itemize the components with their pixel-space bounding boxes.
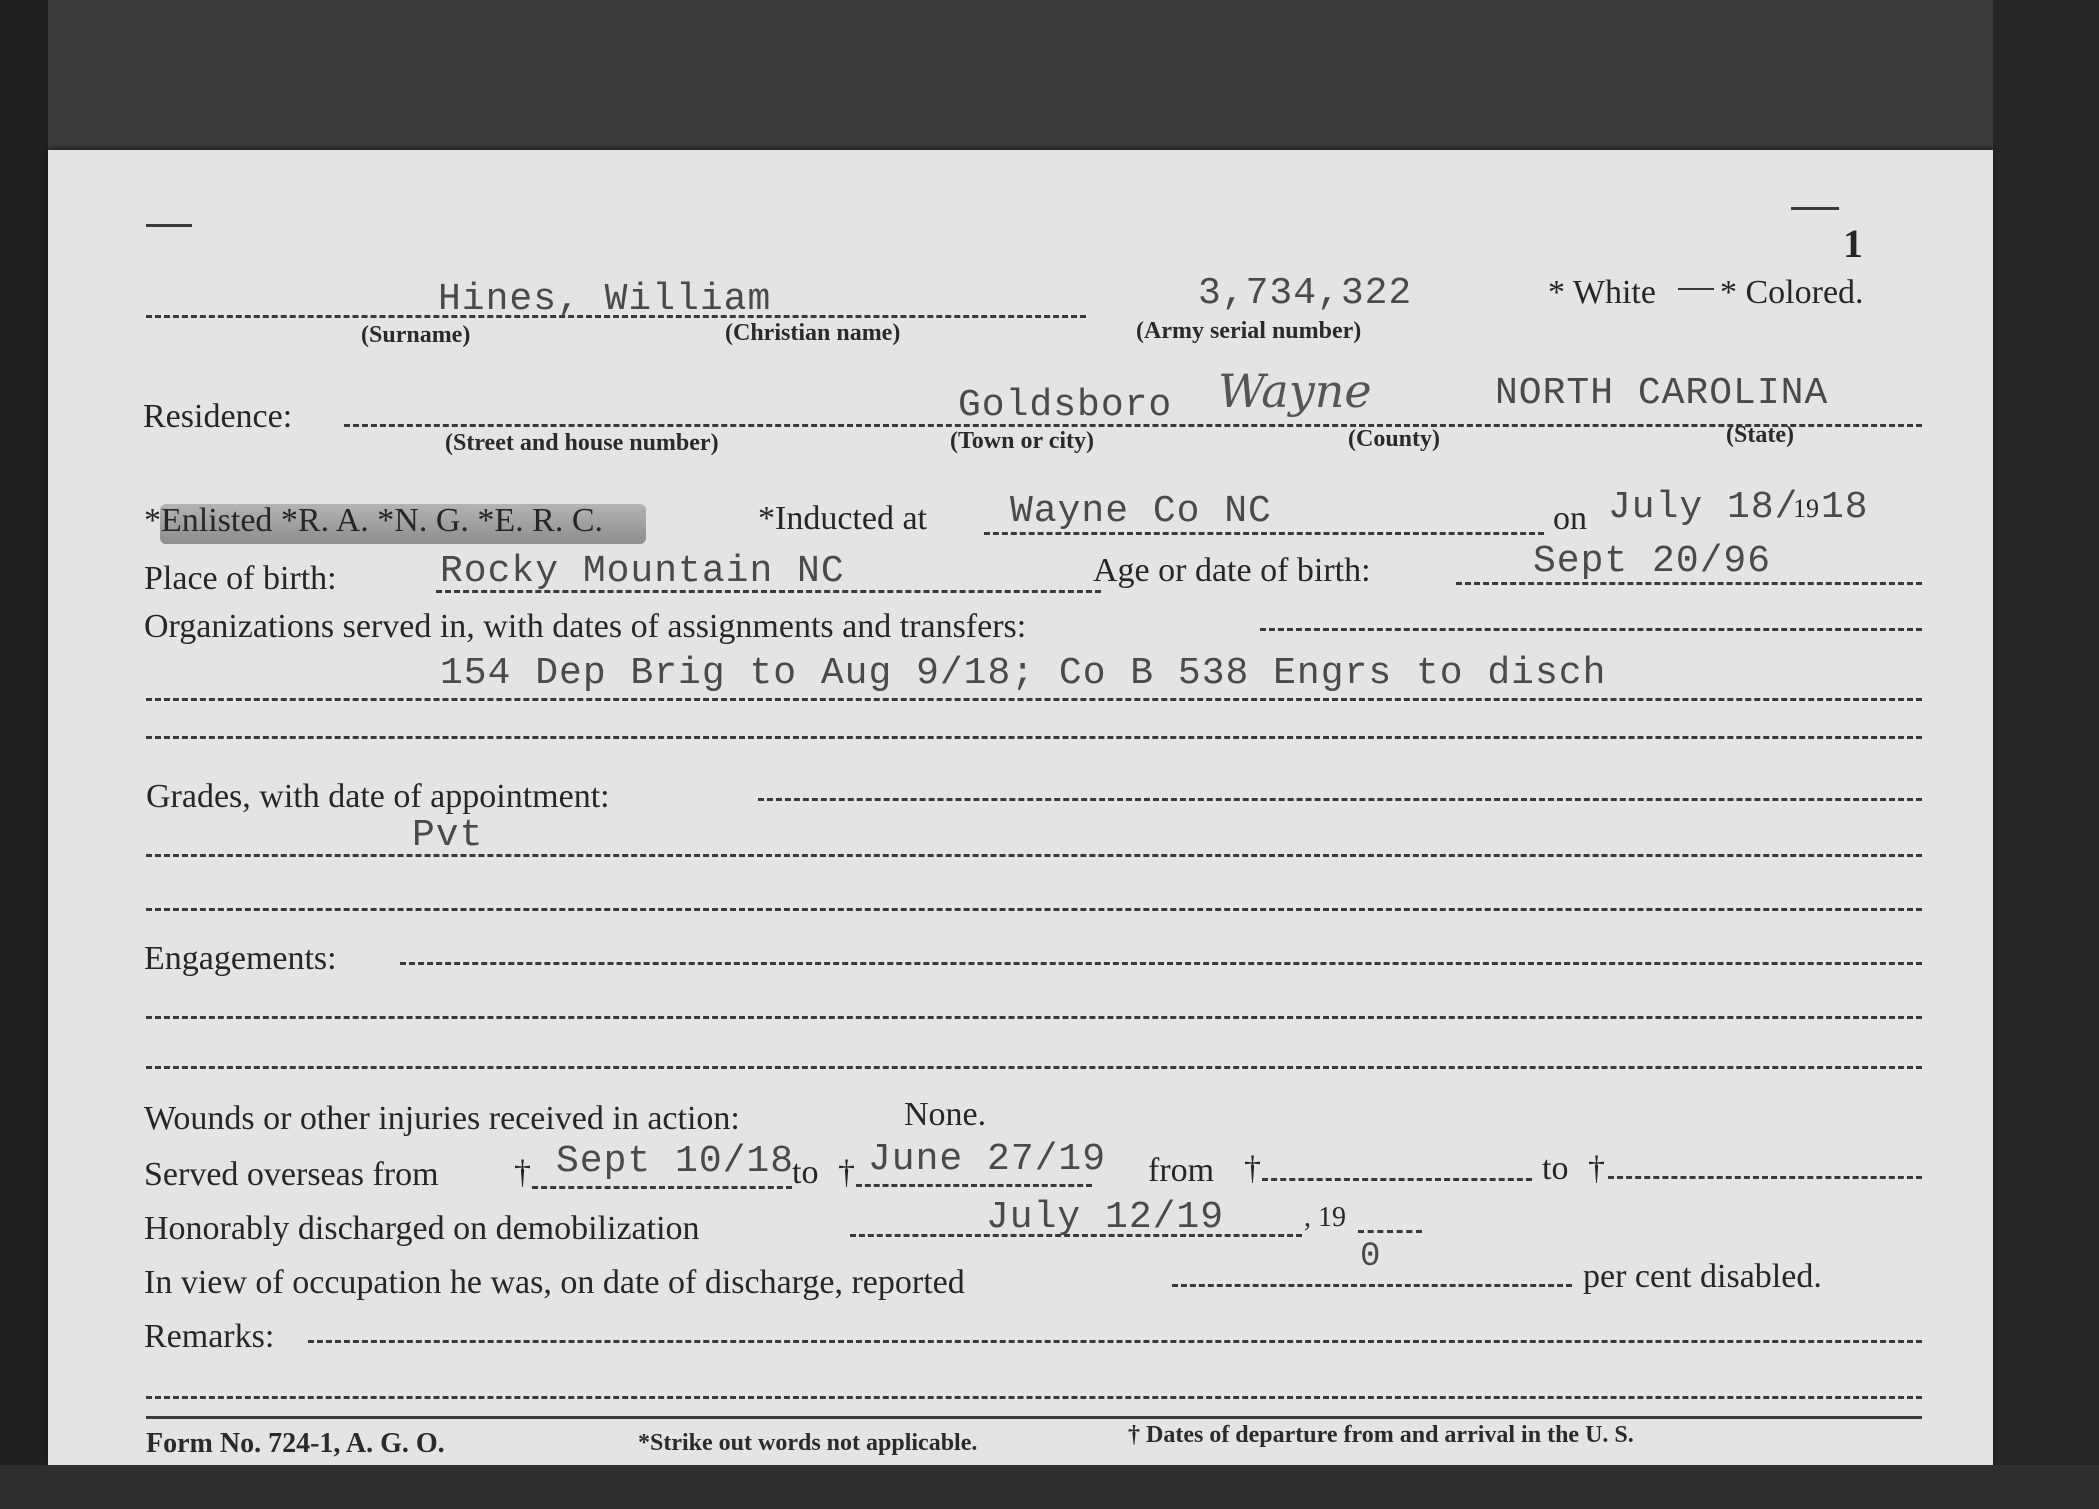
serial-number-caption: (Army serial number) [1136,318,1361,345]
organizations-label: Organizations served in, with dates of a… [144,608,1026,646]
form-number: Form No. 724-1, A. G. O. [146,1428,445,1460]
dates-note: † Dates of departure from and arrival in… [1128,1422,1634,1449]
age-label: Age or date of birth: [1093,552,1371,590]
overseas-from-1-value: Sept 10/18 [556,1140,794,1183]
remarks-line-1 [146,1396,1922,1399]
grades-line-0 [758,798,1922,801]
disability-value: 0 [1360,1238,1381,1276]
overseas-from-line-1 [532,1186,792,1189]
inducted-value: Wayne Co NC [1010,490,1272,533]
discharge-year-line [1358,1230,1422,1233]
surname-caption: (Surname) [361,322,470,349]
christian-name-caption: (Christian name) [725,320,900,347]
grades-label: Grades, with date of appointment: [146,778,610,816]
strike-note: *Strike out words not applicable. [638,1430,977,1457]
discharge-date-value: July 12/19 [986,1196,1224,1239]
discharge-year-prefix: , 19 [1304,1202,1346,1234]
overseas-from-line-2 [1262,1178,1532,1181]
remarks-label: Remarks: [144,1318,274,1356]
enlistment-options: *Enlisted *R. A. *N. G. *E. R. C. [144,502,603,540]
inducted-year-value: 18 [1821,486,1869,529]
organizations-line-1 [146,698,1922,701]
state-caption: (State) [1726,422,1794,449]
county-value: Wayne [1218,364,1372,418]
overseas-to-1-value: June 27/19 [868,1138,1106,1181]
remarks-line-0 [308,1340,1922,1343]
county-caption: (County) [1348,426,1440,453]
town-caption: (Town or city) [950,428,1094,455]
disability-label: In view of occupation he was, on date of… [144,1264,965,1302]
race-colored-option: * Colored. [1720,274,1864,312]
overseas-to-label: to [792,1154,818,1192]
overseas-to-2-label: to [1542,1150,1568,1188]
place-of-birth-label: Place of birth: [144,560,337,598]
street-caption: (Street and house number) [445,430,719,457]
top-left-rule [146,224,192,227]
organizations-line-2 [146,736,1922,739]
wounds-value: None. [904,1096,986,1134]
service-record-card: 1 Hines, William (Surname) (Christian na… [48,150,1993,1465]
overseas-to-line-2 [1608,1176,1922,1179]
organizations-value: 154 Dep Brig to Aug 9/18; Co B 538 Engrs… [440,652,1606,695]
inducted-date-value: July 18/ [1608,486,1798,529]
disability-suffix: per cent disabled. [1583,1258,1822,1296]
residence-label: Residence: [143,398,292,436]
top-right-rule [1791,207,1839,210]
state-value: NORTH CAROLINA [1495,372,1828,415]
scan-background-right [1993,0,2099,1509]
engagements-line-1 [146,1016,1922,1019]
inducted-year-prefix: 19 [1793,494,1819,524]
organizations-line-0 [1260,628,1922,631]
inducted-on-label: on [1553,500,1587,538]
grades-line-2 [146,908,1922,911]
race-strikethrough [1678,288,1714,290]
dagger-marker: † [514,1154,531,1192]
card-number: 1 [1843,220,1863,267]
dagger-marker: † [1244,1150,1261,1188]
age-value: Sept 20/96 [1533,540,1771,583]
scan-background-bottom [0,1465,2099,1509]
place-of-birth-value: Rocky Mountain NC [440,550,845,593]
engagements-line-0 [400,962,1922,965]
served-overseas-label: Served overseas from [144,1156,439,1194]
inducted-label: *Inducted at [758,500,927,538]
overseas-to-line-1 [856,1184,1092,1187]
wounds-label: Wounds or other injuries received in act… [144,1100,740,1138]
engagements-line-2 [146,1066,1922,1069]
footer-rule [146,1416,1922,1419]
overseas-from-label: from [1148,1152,1214,1190]
engagements-label: Engagements: [144,940,337,978]
dagger-marker: † [1588,1150,1605,1188]
name-value: Hines, William [438,278,771,321]
grades-value: Pvt [412,814,483,857]
scan-background-left [0,0,48,1509]
discharge-label: Honorably discharged on demobilization [144,1210,700,1248]
race-white-option: * White [1548,274,1656,312]
disability-line [1172,1284,1572,1287]
town-value: Goldsboro [958,384,1172,427]
dagger-marker: † [838,1154,855,1192]
serial-number-value: 3,734,322 [1198,272,1412,315]
